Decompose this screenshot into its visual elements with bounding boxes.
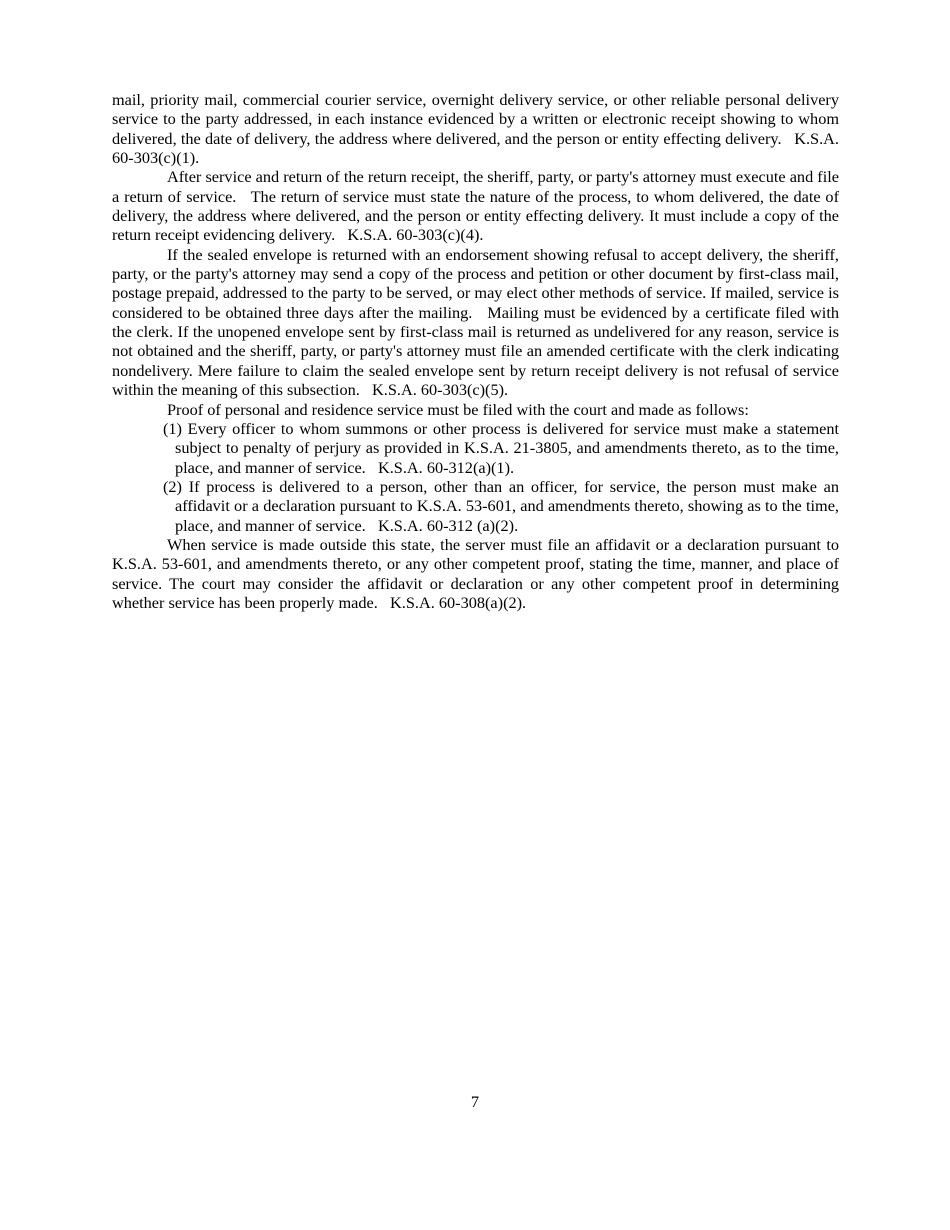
list-item-1: (1) Every officer to whom summons or oth…: [112, 419, 839, 477]
paragraph-sealed-envelope: If the sealed envelope is returned with …: [112, 245, 839, 400]
paragraph-return-of-service: After service and return of the return r…: [112, 167, 839, 244]
document-body: mail, priority mail, commercial courier …: [112, 90, 839, 612]
list-marker-2: (2): [163, 477, 182, 496]
list-item-2: (2) If process is delivered to a person,…: [112, 477, 839, 535]
list-marker-1: (1): [163, 419, 182, 438]
document-page: mail, priority mail, commercial courier …: [0, 0, 950, 1230]
list-item-1-text: Every officer to whom summons or other p…: [175, 419, 839, 477]
paragraph-continuation: mail, priority mail, commercial courier …: [112, 90, 839, 167]
list-item-2-text: If process is delivered to a person, oth…: [175, 477, 839, 535]
page-number: 7: [0, 1092, 950, 1111]
paragraph-out-of-state-service: When service is made outside this state,…: [112, 535, 839, 612]
paragraph-proof-of-service-intro: Proof of personal and residence service …: [112, 400, 839, 419]
